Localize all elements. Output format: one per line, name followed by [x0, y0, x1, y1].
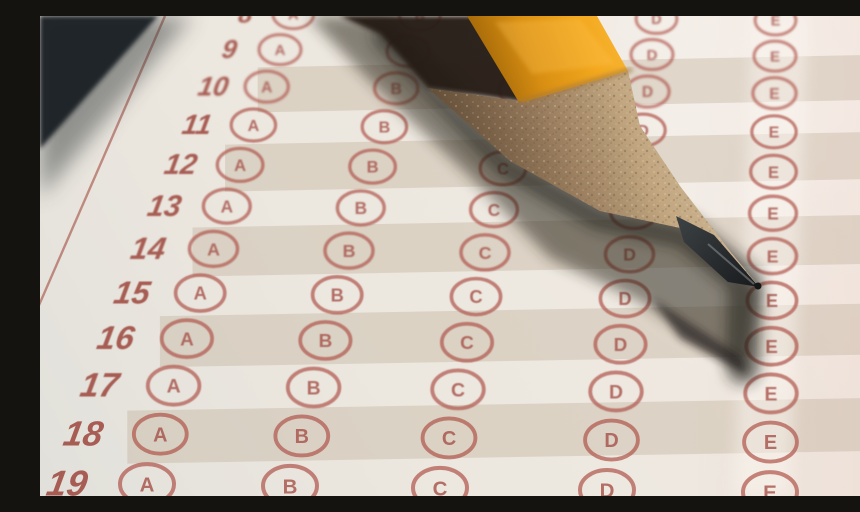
bubble-letter: E: [769, 86, 779, 103]
question-number: 12: [162, 149, 200, 181]
bubble-letter: A: [180, 329, 194, 350]
question-number: 10: [196, 71, 231, 102]
bubble-letter: B: [319, 331, 333, 352]
bubble-letter: C: [460, 333, 474, 354]
bubble-letter: D: [604, 430, 618, 452]
bubble-letter: B: [283, 475, 298, 496]
bubble-letter: E: [765, 383, 778, 405]
bubble-letter: C: [433, 477, 448, 496]
question-number: 14: [128, 231, 169, 266]
bubble-letter: C: [479, 243, 492, 263]
bubble-letter: B: [295, 426, 309, 448]
bubble-letter: D: [651, 16, 661, 28]
bubble-letter: A: [194, 283, 207, 304]
bubble-letter: B: [379, 119, 391, 137]
question-number: 16: [94, 320, 138, 357]
bubble-letter: D: [609, 381, 623, 403]
question-number: 13: [145, 190, 184, 223]
bubble-letter: D: [614, 335, 628, 356]
bubble-letter: B: [307, 377, 321, 399]
bubble-letter: A: [248, 117, 260, 135]
bubble-letter: C: [451, 379, 465, 401]
bubble-letter: C: [469, 286, 482, 307]
bubble-letter: A: [234, 156, 246, 175]
bubble-letter: A: [207, 239, 220, 259]
bubble-letter: E: [765, 337, 778, 358]
question-number: 19: [44, 463, 92, 496]
bubble-letter: E: [764, 432, 777, 454]
bubble-letter: A: [153, 424, 167, 446]
bubble-letter: D: [642, 84, 653, 101]
pencil-point: [755, 283, 762, 290]
bubble-letter: A: [261, 79, 272, 96]
bubble-letter: E: [769, 124, 780, 142]
bubble-letter: A: [288, 16, 299, 23]
bubble-letter: B: [367, 158, 379, 177]
bubble-letter: D: [647, 47, 658, 64]
bubble-letter: A: [275, 42, 286, 59]
bubble-letter: E: [767, 247, 779, 267]
bubble-letter: B: [355, 198, 367, 218]
bubble-letter: E: [770, 49, 780, 66]
bubble-letter: D: [600, 479, 615, 496]
bubble-letter: E: [766, 290, 778, 311]
bubble-letter: A: [140, 473, 155, 496]
bubble-letter: E: [763, 482, 777, 496]
bubble-letter: B: [331, 284, 344, 305]
bubble-letter: A: [167, 376, 181, 398]
bubble-letter: E: [768, 163, 779, 182]
bubble-letter: B: [343, 241, 356, 261]
bubble-letter: C: [442, 428, 456, 450]
photo-answer-sheet-with-pencil: Close-up photograph of a multiple-choice…: [40, 16, 860, 496]
question-number: 11: [180, 108, 215, 140]
scene-canvas: 8ABCDE9ABCDE10ABCDE11ABCDE12ABCDE13ABCDE…: [40, 16, 860, 496]
bubble-letter: E: [771, 16, 781, 30]
bubble-letter: A: [221, 196, 233, 216]
question-number: 15: [111, 275, 154, 311]
bubble-letter: E: [767, 203, 778, 223]
question-number: 18: [60, 415, 106, 454]
